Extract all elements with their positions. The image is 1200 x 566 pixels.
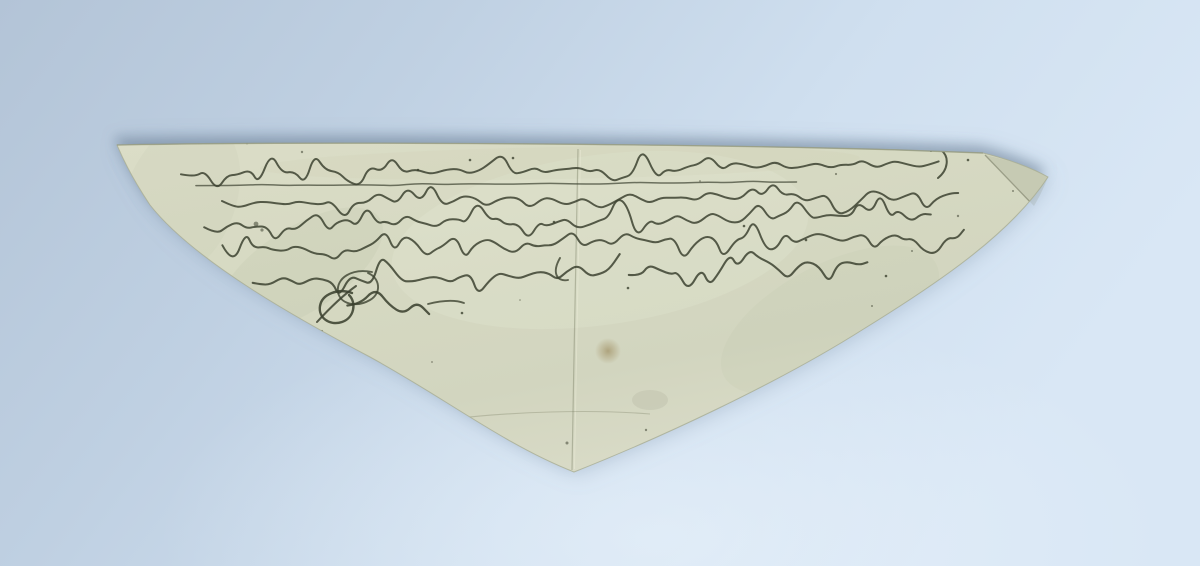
ink-dot bbox=[461, 312, 464, 315]
ink-dot bbox=[967, 159, 970, 162]
paper-speck bbox=[431, 361, 433, 363]
ink-dot bbox=[805, 239, 808, 242]
faint-smudge bbox=[632, 390, 668, 410]
ink-dot bbox=[512, 157, 515, 160]
paper-speck bbox=[566, 442, 569, 445]
ink-dot bbox=[553, 221, 556, 224]
brown-stain bbox=[595, 338, 621, 364]
paper-speck bbox=[957, 215, 959, 217]
ink-dot bbox=[743, 225, 746, 228]
paper-speck bbox=[645, 429, 647, 431]
ink-dot bbox=[627, 287, 630, 290]
ink-dot bbox=[417, 169, 420, 172]
artifact-svg bbox=[0, 0, 1200, 566]
paper-speck bbox=[1012, 190, 1014, 192]
paper-speck bbox=[871, 305, 873, 307]
museum-photo bbox=[0, 0, 1200, 566]
paper-speck bbox=[835, 173, 837, 175]
paper-speck bbox=[519, 299, 521, 301]
paper-speck bbox=[911, 250, 913, 252]
paper-speck bbox=[301, 151, 303, 153]
paper-speck bbox=[260, 228, 263, 231]
ink-dot bbox=[469, 159, 472, 162]
ink-dot bbox=[885, 275, 888, 278]
